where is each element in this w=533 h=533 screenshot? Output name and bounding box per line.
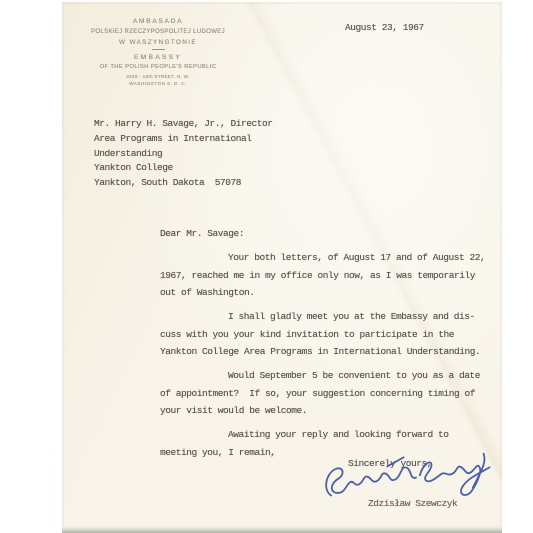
text-line: out of Washington. <box>160 284 496 302</box>
text-line: cuss with you your kind invitation to pa… <box>160 326 496 344</box>
text-line: Awaiting your reply and looking forward … <box>160 426 496 444</box>
text-line: your visit would be welcome. <box>160 402 496 420</box>
letterhead-line-city: WASHINGTON 9, D. C. <box>62 81 254 86</box>
valediction: Sincerely yours, <box>348 458 432 469</box>
scanned-letter: AMBASADA POLSKIEJ RZECZYPOSPOLITEJ LUDOW… <box>0 0 533 533</box>
paragraph: Awaiting your reply and looking forward … <box>160 426 496 461</box>
recipient-address: Mr. Harry H. Savage, Jr., DirectorArea P… <box>94 117 273 191</box>
scan-bottom-edge <box>62 528 502 533</box>
letterhead-line-embassy: EMBASSY <box>62 54 254 61</box>
salutation: Dear Mr. Savage: <box>160 225 496 243</box>
letter-body: Dear Mr. Savage: Your both letters, of A… <box>160 225 496 461</box>
typed-signature-name: Zdzisław Szewczyk <box>368 498 457 509</box>
text-line: Yankton College Area Programs in Interna… <box>160 343 496 361</box>
date-line: August 23, 1967 <box>345 22 424 33</box>
paragraph: Your both letters, of August 17 and of A… <box>160 249 496 302</box>
paragraph: I shall gladly meet you at the Embassy a… <box>160 308 496 361</box>
paragraph: Would September 5 be convenient to you a… <box>160 367 496 420</box>
text-line: Would September 5 be convenient to you a… <box>160 367 496 385</box>
letter-page: AMBASADA POLSKIEJ RZECZYPOSPOLITEJ LUDOW… <box>62 2 502 528</box>
text-line: Area Programs in International <box>94 132 273 147</box>
letterhead-line-polskiej: POLSKIEJ RZECZYPOSPOLITEJ LUDOWEJ <box>62 29 254 35</box>
text-line: Yankton College <box>94 161 273 176</box>
text-line: of appointment? If so, your suggestion c… <box>160 385 496 403</box>
text-line: I shall gladly meet you at the Embassy a… <box>160 308 496 326</box>
letterhead: AMBASADA POLSKIEJ RZECZYPOSPOLITEJ LUDOW… <box>62 18 254 86</box>
letterhead-line-waszyngtonie: W WASZYNGTONIE <box>62 39 254 46</box>
letterhead-divider <box>152 49 165 50</box>
letterhead-line-ambasada: AMBASADA <box>62 18 254 25</box>
letterhead-line-street: 2640 - 16th STREET, N. W. <box>62 74 254 79</box>
text-line: Mr. Harry H. Savage, Jr., Director <box>94 117 273 132</box>
text-line: Understanding <box>94 147 273 162</box>
letter-body-paragraphs: Your both letters, of August 17 and of A… <box>160 249 496 461</box>
letterhead-line-republic: OF THE POLISH PEOPLE'S REPUBLIC <box>62 64 254 70</box>
text-line: 1967, reached me in my office only now, … <box>160 267 496 285</box>
text-line: meeting you, I remain, <box>160 444 496 462</box>
text-line: Yankton, South Dakota 57078 <box>94 176 273 191</box>
text-line: Your both letters, of August 17 and of A… <box>160 249 496 267</box>
